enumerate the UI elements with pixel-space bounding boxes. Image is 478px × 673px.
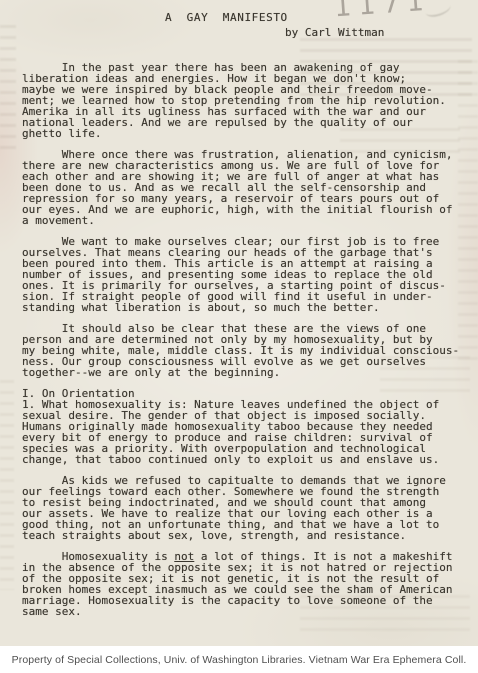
paragraph-make-ourselves-clear: We want to make ourselves clear; our fir… bbox=[22, 236, 472, 313]
bleed-through-texture bbox=[0, 380, 14, 590]
footer-credit-bar: Property of Special Collections, Univ. o… bbox=[0, 646, 478, 673]
footer-credit-text: Property of Special Collections, Univ. o… bbox=[12, 654, 467, 666]
paragraph-text: a lot of things. It is not a makeshift i… bbox=[22, 550, 453, 618]
pencil-scribble bbox=[424, 0, 452, 19]
document-body: In the past year there has been an awake… bbox=[22, 62, 472, 627]
paragraph-homosexuality-is-not: Homosexuality is not a lot of things. It… bbox=[22, 551, 472, 617]
paragraph-views-of-one-person: It should also be clear that these are t… bbox=[22, 323, 472, 378]
paragraph-where-once: Where once there was frustration, aliena… bbox=[22, 149, 472, 226]
bleed-through-texture bbox=[0, 25, 16, 155]
paragraph-as-kids: As kids we refused to capitualte to dema… bbox=[22, 475, 472, 541]
paragraph-awakening: In the past year there has been an awake… bbox=[22, 62, 472, 139]
handwritten-number: 1171 bbox=[333, 0, 432, 23]
document-title: A GAY MANIFESTO bbox=[165, 12, 288, 23]
scanned-document-page: 1171 A GAY MANIFESTO by Carl Wittman In … bbox=[0, 0, 478, 673]
document-scan: 1171 A GAY MANIFESTO by Carl Wittman In … bbox=[0, 0, 478, 646]
document-byline: by Carl Wittman bbox=[285, 27, 384, 38]
section-on-orientation: I. On Orientation 1. What homosexuality … bbox=[22, 388, 472, 465]
